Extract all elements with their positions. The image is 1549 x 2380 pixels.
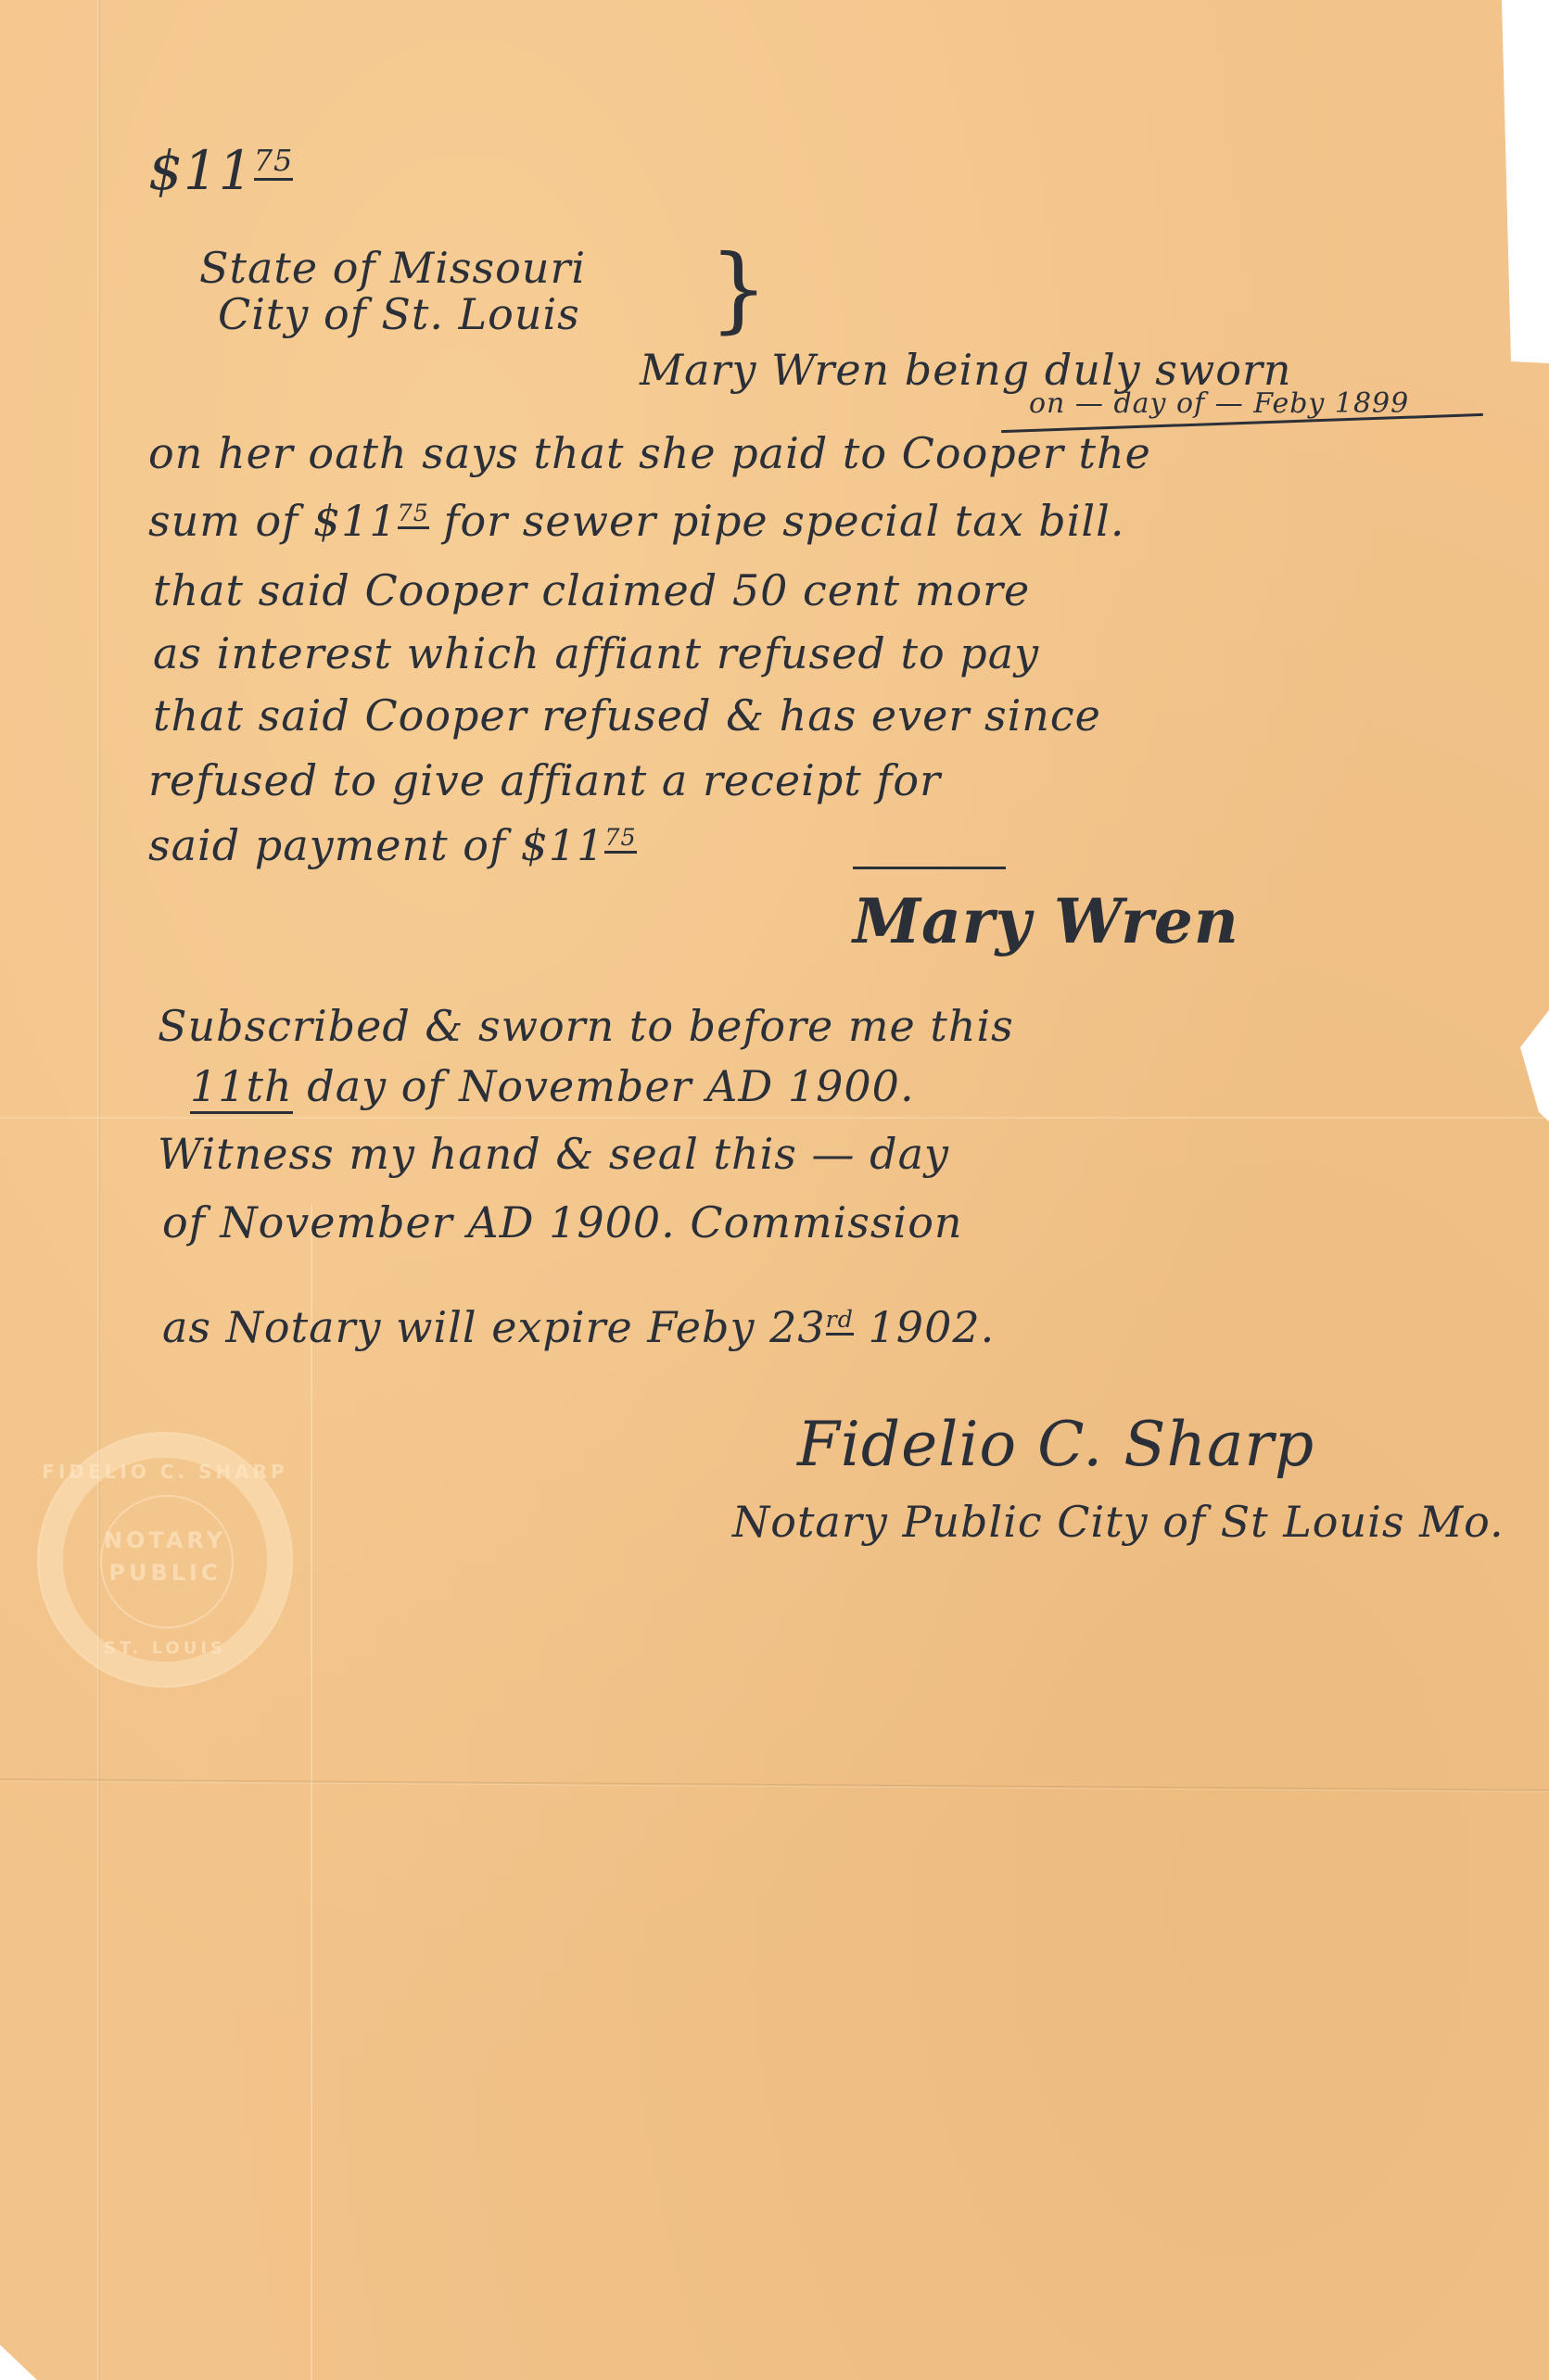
venue-city: City of St. Louis <box>218 289 580 339</box>
horizontal-fold-line <box>0 1779 1549 1792</box>
notary-title: Notary Public City of St Louis Mo. <box>732 1497 1505 1547</box>
jurat-line-2: 11th day of November AD 1900. <box>190 1061 915 1111</box>
sum-amount: sum of $11 <box>148 496 398 546</box>
expiry-ordinal: rd <box>826 1306 854 1336</box>
body-line-4: that said Cooper claimed 50 cent more <box>153 565 1030 615</box>
jurat-line-4: of November AD 1900. Commission <box>162 1197 963 1247</box>
sum-cents: 75 <box>398 500 429 529</box>
horizontal-fold-line-2 <box>0 1117 1549 1119</box>
amount-dollars: $11 <box>148 139 254 202</box>
seal-top-text: FIDELIO C. SHARP <box>40 1461 290 1483</box>
amount-heading: $1175 <box>148 139 293 202</box>
seal-center-line-1: NOTARY <box>40 1527 290 1553</box>
body-line-5: as interest which affiant refused to pay <box>153 628 1039 678</box>
body-line-2: on her oath says that she paid to Cooper… <box>148 428 1151 478</box>
sum-purpose: for sewer pipe special tax bill. <box>443 496 1124 546</box>
expiry-year: 1902. <box>869 1302 996 1352</box>
seal-center-line-2: PUBLIC <box>40 1560 290 1586</box>
jurat-line-3: Witness my hand & seal this — day <box>158 1129 949 1179</box>
jurat-date-text: day of November AD 1900. <box>307 1061 914 1111</box>
expiry-text: as Notary will expire Feby 23 <box>162 1302 826 1352</box>
body-line-7: refused to give affiant a receipt for <box>148 755 941 805</box>
vertical-fold-line <box>97 0 100 2380</box>
body-line-3: sum of $1175 for sewer pipe special tax … <box>148 496 1124 546</box>
venue-state: State of Missouri <box>199 243 586 293</box>
jurat-line-5: as Notary will expire Feby 23rd 1902. <box>162 1302 995 1352</box>
payment-amount: said payment of $11 <box>148 820 604 870</box>
vertical-fold-line-2 <box>311 1205 312 2380</box>
document-page: $1175 State of Missouri City of St. Loui… <box>0 0 1549 2380</box>
body-line-6: that said Cooper refused & has ever sinc… <box>153 690 1101 741</box>
closing-dash <box>853 867 1006 869</box>
notary-signature: Fidelio C. Sharp <box>797 1409 1314 1480</box>
body-line-8: said payment of $1175 <box>148 820 637 870</box>
body-insertion: on — day of — Feby 1899 <box>1029 387 1409 420</box>
payment-cents: 75 <box>604 824 636 854</box>
venue-brace: } <box>709 243 769 335</box>
amount-cents: 75 <box>254 143 294 181</box>
jurat-line-1: Subscribed & sworn to before me this <box>158 1001 1014 1051</box>
affiant-signature: Mary Wren <box>853 885 1239 957</box>
notary-seal-emboss: FIDELIO C. SHARP NOTARY PUBLIC ST. LOUIS <box>37 1432 293 1688</box>
jurat-day: 11th <box>190 1061 293 1114</box>
seal-bottom-text: ST. LOUIS <box>40 1639 290 1658</box>
